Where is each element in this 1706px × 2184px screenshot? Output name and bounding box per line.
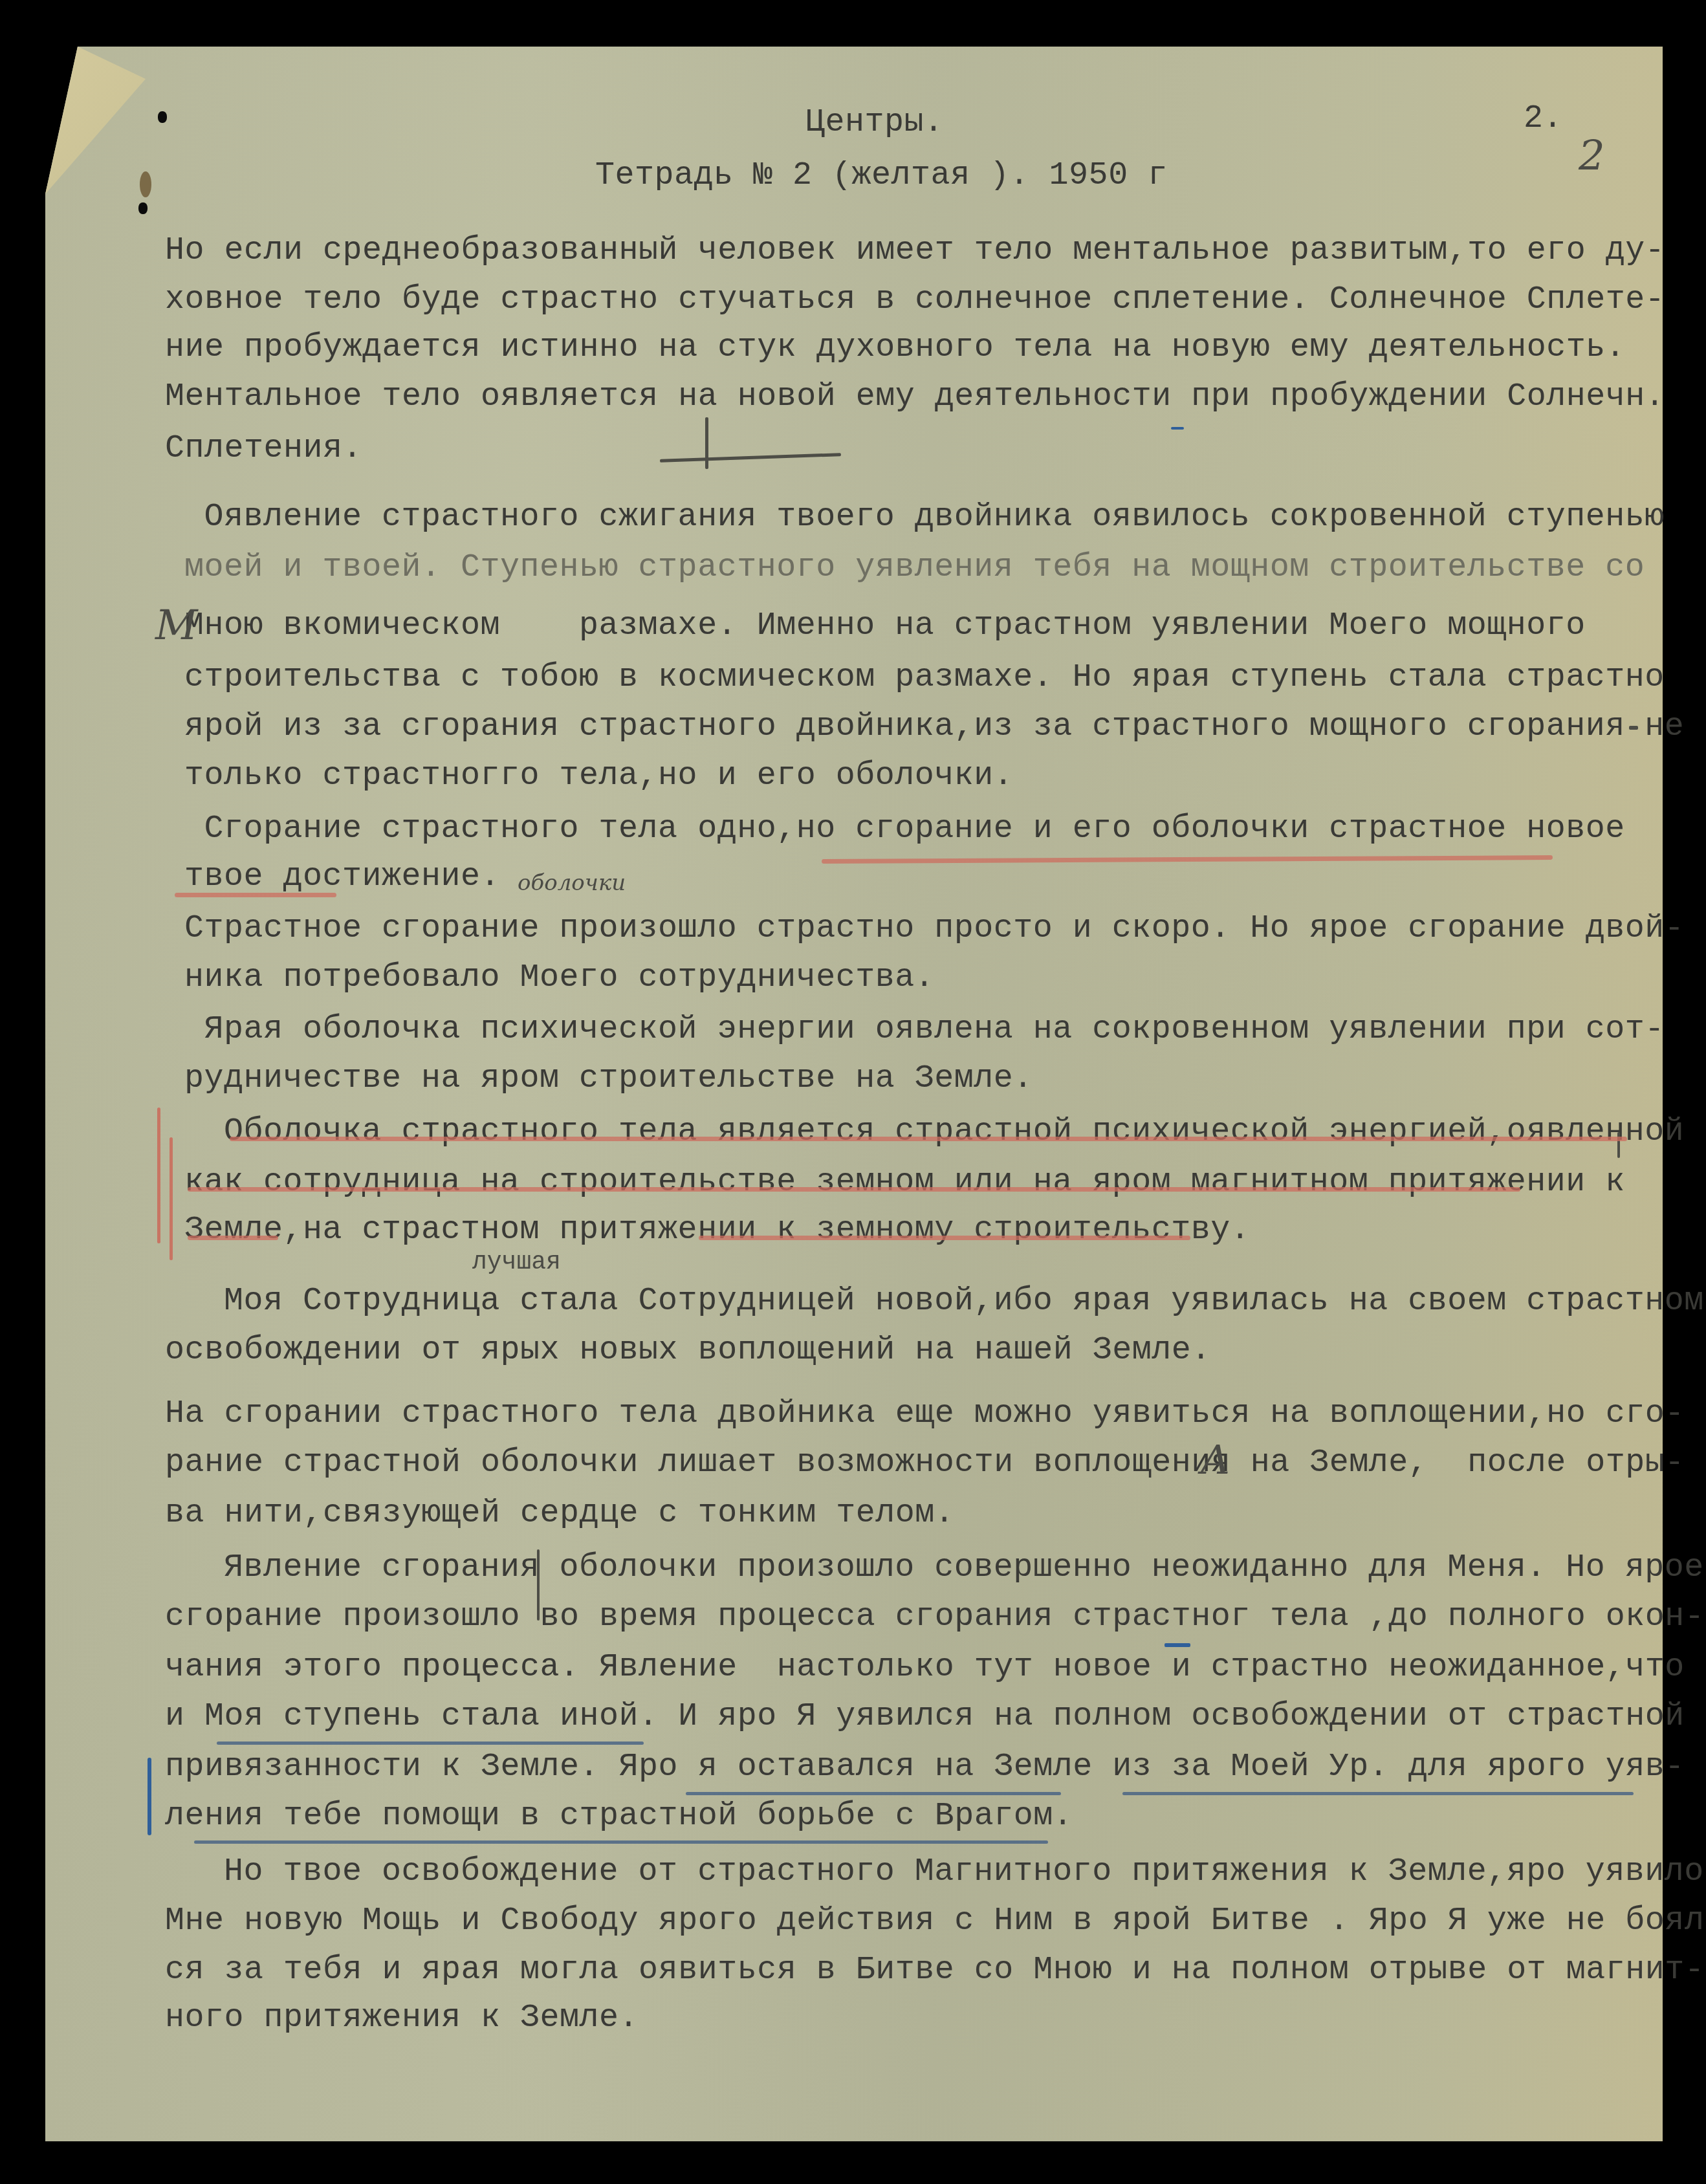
red-underline (188, 1187, 1520, 1192)
handwritten-insertion-mark: А (1200, 1436, 1230, 1483)
text-line: На сгорании страстного тела двойника еще… (165, 1395, 1685, 1434)
red-underline (699, 1236, 1190, 1240)
text-line: только страстногго тела,но и его оболочк… (184, 757, 1013, 796)
handwritten-page-number: 2 (1579, 133, 1605, 180)
blue-dash-mark (1171, 427, 1184, 430)
red-margin-bar (170, 1137, 173, 1260)
text-line: рание страстной оболочки лишает возможно… (165, 1444, 1685, 1483)
document-subtitle: Тетрадь № 2 (желтая ). 1950 г (595, 157, 1168, 195)
text-line: рудничестве на яром строительстве на Зем… (184, 1060, 1033, 1098)
text-line: Мне новую Мощь и Свободу ярого действия … (165, 1902, 1706, 1941)
text-line: Моя Сотрудница стала Сотрудницей новой,и… (184, 1282, 1704, 1321)
red-margin-bar (157, 1108, 160, 1243)
text-line: ного притяжения к Земле. (165, 1999, 639, 2038)
blue-dash-mark (1165, 1643, 1190, 1647)
blue-underline (194, 1840, 1048, 1844)
text-line: Явление сгорания оболочки произошло сове… (184, 1549, 1704, 1588)
text-line: твое достижение. (184, 858, 500, 897)
blue-underline (217, 1742, 644, 1745)
text-line: Ментальное тело оявляется на новой ему д… (165, 378, 1665, 417)
handwritten-margin-letter: М (155, 602, 198, 650)
text-line: Но если среднеобразованный человек имеет… (165, 232, 1665, 270)
text-line: как сотрудница на строительстве земном и… (184, 1163, 1625, 1202)
text-line: освобождении от ярых новых воплощений на… (165, 1331, 1211, 1370)
text-line: Но твое освобождение от страстного Магни… (184, 1853, 1704, 1892)
text-line: и Моя ступень стала иной. И яро Я уявилс… (165, 1698, 1685, 1736)
document-title: Центры. (805, 104, 944, 142)
text-line: Оявление страстного сжигания твоего двой… (184, 498, 1665, 537)
pencil-mark (705, 417, 708, 469)
text-line: сгорание произошло во время процесса сго… (165, 1598, 1704, 1637)
text-line: Сгорание страстного тела одно,но сгорани… (184, 810, 1625, 849)
blue-margin-bar (148, 1758, 151, 1835)
text-line: ние пробуждается истинно на стук духовно… (165, 329, 1625, 367)
text-line: строительства с тобою в космическом разм… (184, 659, 1665, 697)
punch-hole-icon (158, 111, 167, 123)
text-line: Сплетения. (165, 430, 362, 468)
text-line: Земле,на страстном притяжении к земному … (184, 1211, 1250, 1250)
text-line: привязанности к Земле. Яро я оставался н… (165, 1748, 1685, 1787)
text-line: Оболочка страстного тела является страст… (184, 1113, 1684, 1152)
red-underline (188, 1236, 278, 1240)
text-line: моей и твоей. Ступенью страстного уявлен… (184, 549, 1645, 587)
text-line: Ярая оболочка психической энергии оявлен… (184, 1010, 1665, 1049)
pencil-mark (537, 1549, 540, 1621)
blue-underline (1122, 1792, 1634, 1795)
handwritten-insert-luchshaya: лучшая (472, 1249, 561, 1276)
red-underline (230, 1137, 1627, 1141)
text-line: ника потребовало Моего сотрудничества. (184, 959, 934, 998)
blue-underline (686, 1792, 1061, 1795)
handwritten-insert-obolochki: оболочки (518, 870, 626, 896)
text-line: ва нити,связующей сердце с тонким телом. (165, 1494, 954, 1533)
text-line: Страстное сгорание произошло страстно пр… (184, 910, 1684, 948)
text-line: ярой из за сгорания страстного двойника,… (184, 708, 1684, 747)
pencil-mark (1629, 726, 1638, 730)
red-underline (175, 893, 336, 897)
text-line: ся за тебя и ярая могла оявиться в Битве… (165, 1951, 1704, 1990)
text-line: чания этого процесса. Явление настолько … (165, 1648, 1685, 1687)
text-line: ховное тело буде страстно стучаться в со… (165, 281, 1665, 320)
pencil-mark (1617, 1132, 1620, 1158)
text-line: Мною вкомическом размахе. Именно на стра… (184, 607, 1586, 646)
rust-stain (140, 171, 151, 197)
text-line: ления тебе помощи в страстной борьбе с В… (165, 1797, 1073, 1836)
page-number: 2. (1524, 100, 1562, 137)
punch-hole-icon (138, 202, 148, 214)
